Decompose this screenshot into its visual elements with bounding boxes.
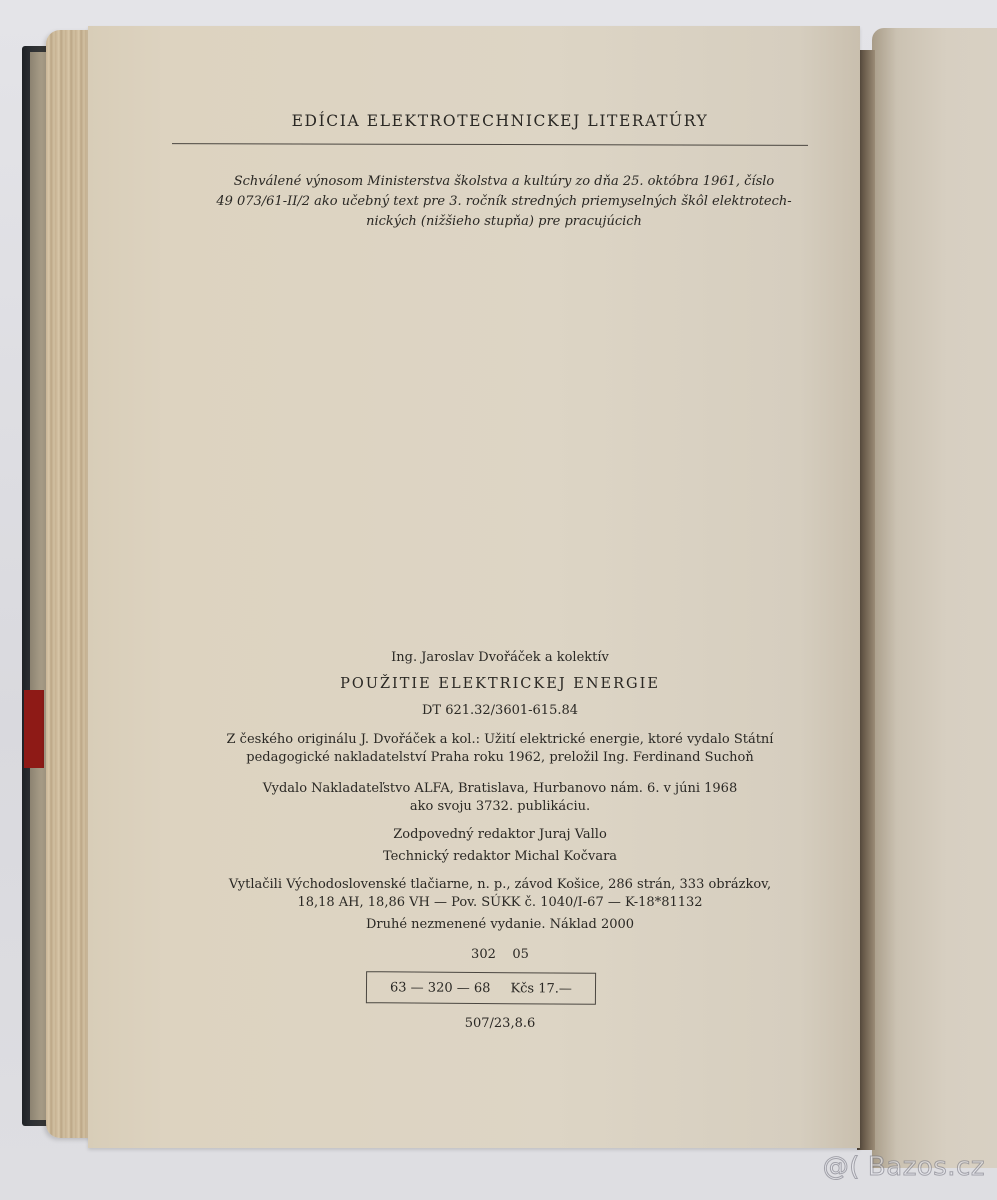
catalog-number: 63 — 320 — 68: [390, 980, 491, 996]
original-line: pedagogické nakladatelství Praha roku 19…: [160, 749, 840, 767]
printer-note: Vytlačili Východoslovenské tlačiarne, n.…: [160, 876, 840, 912]
author: Ing. Jaroslav Dvořáček a kolektív: [160, 650, 840, 665]
technical-editor: Technický redaktor Michal Kočvara: [160, 849, 840, 864]
publisher-line: Vydalo Nakladateľstvo ALFA, Bratislava, …: [160, 780, 840, 798]
publisher-line: ako svoju 3732. publikáciu.: [160, 798, 840, 816]
code-line-2: 507/23,8.6: [160, 1016, 840, 1031]
watermark-text: Bazos.cz: [868, 1152, 985, 1182]
bazos-watermark: @(Bazos.cz: [823, 1152, 985, 1182]
printer-line: Vytlačili Východoslovenské tlačiarne, n.…: [160, 876, 840, 894]
original-source-note: Z českého originálu J. Dvořáček a kol.: …: [160, 731, 840, 767]
responsible-editor: Zodpovedný redaktor Juraj Vallo: [160, 827, 840, 842]
approval-line: 49 073/61-II/2 ako učebný text pre 3. ro…: [165, 192, 843, 212]
edition-note: Druhé nezmenené vydanie. Náklad 2000: [160, 917, 840, 932]
spine-red-label: [24, 690, 44, 768]
printer-line: 18,18 AH, 18,86 VH — Pov. SÚKK č. 1040/I…: [160, 894, 840, 912]
book-title: POUŽITIE ELEKTRICKEJ ENERGIE: [160, 676, 840, 692]
dt-classification: DT 621.32/3601-615.84: [160, 703, 840, 718]
series-title: EDÍCIA ELEKTROTECHNICKEJ LITERATÚRY: [170, 112, 830, 130]
watermark-symbol: @(: [823, 1152, 860, 1182]
approval-note: Schválené výnosom Ministerstva školstva …: [165, 172, 843, 232]
code-line-1: 302 05: [160, 947, 840, 962]
price: Kčs 17.—: [510, 981, 572, 996]
publisher-note: Vydalo Nakladateľstvo ALFA, Bratislava, …: [160, 780, 840, 816]
price-box: 63 — 320 — 68 Kčs 17.—: [366, 971, 596, 1005]
approval-line: nických (nižšieho stupňa) pre pracujúcic…: [165, 212, 843, 232]
right-page: [872, 28, 997, 1168]
approval-line: Schválené výnosom Ministerstva školstva …: [165, 172, 843, 192]
original-line: Z českého originálu J. Dvořáček a kol.: …: [160, 731, 840, 749]
